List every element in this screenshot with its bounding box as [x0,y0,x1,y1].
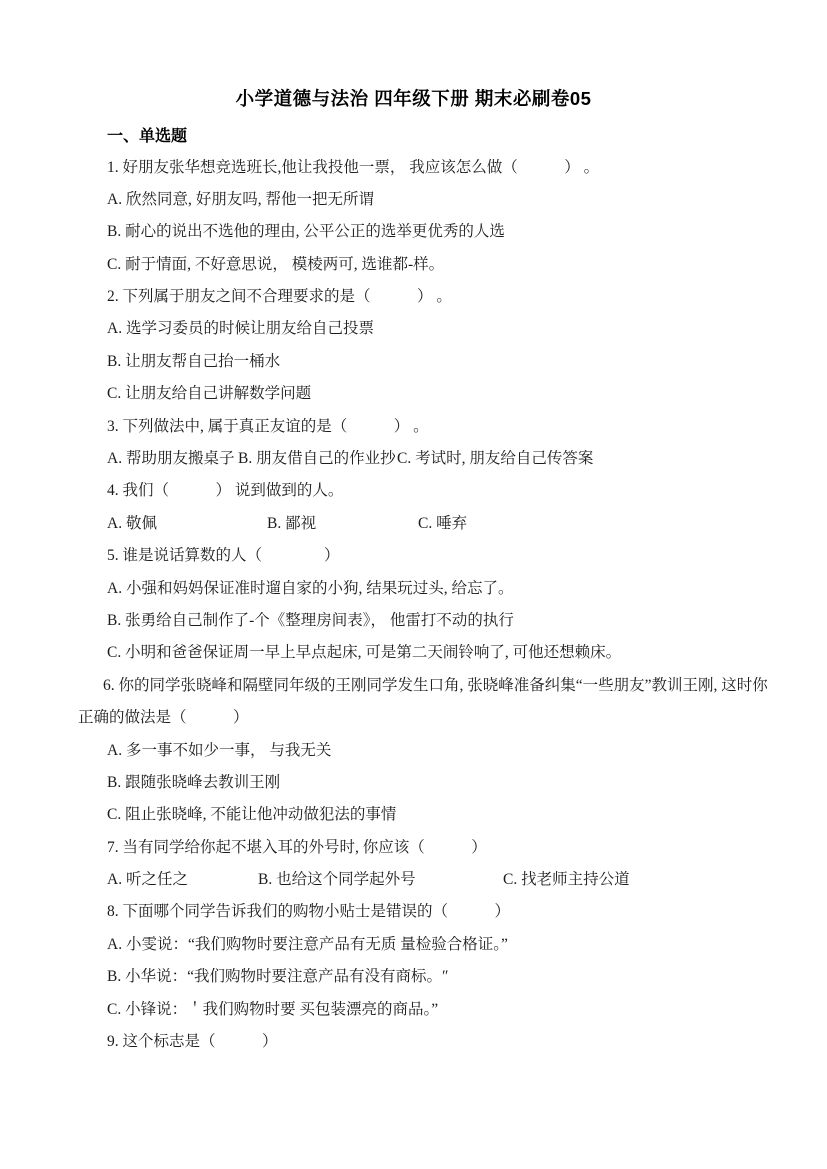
question-6-text-line-1: 6. 你的同学张晓峰和隔壁同年级的王刚同学发生口角, 张晓峰准备纠集“一些朋友”… [0,670,827,702]
question-7-option-b: B. 也给这个同学起外号 [258,864,416,896]
page-title: 小学道德与法治 四年级下册 期末必刷卷05 [0,88,827,110]
question-6-text-line-2: 正确的做法是（ ） [0,702,827,734]
question-4-option-row: A. 敬佩 B. 鄙视 C. 唾弃 [0,508,827,540]
question-2-option-b: B. 让朋友帮自己抬一桶水 [0,346,827,378]
question-3-option-b: B. 朋友借自己的作业抄 [238,443,396,475]
question-2-option-c: C. 让朋友给自己讲解数学问题 [0,378,827,410]
question-8-text: 8. 下面哪个同学告诉我们的购物小贴士是错误的（ ） [0,896,827,928]
question-1-option-a: A. 欣然同意, 好朋友吗, 帮他一把无所谓 [0,184,827,216]
question-4-option-a: A. 敬佩 [107,508,157,540]
question-7-option-c: C. 找老师主持公道 [503,864,630,896]
section-heading: 一、单选题 [107,127,187,147]
question-9-text: 9. 这个标志是（ ） [0,1026,827,1058]
question-3-text: 3. 下列做法中, 属于真正友谊的是（ ） 。 [0,411,827,443]
question-4-option-c: C. 唾弃 [418,508,467,540]
question-5-option-a: A. 小强和妈妈保证准时遛自家的小狗, 结果玩过头, 给忘了。 [0,573,827,605]
question-6-option-a: A. 多一事不如少一事， 与我无关 [0,735,827,767]
question-3-option-row: A. 帮助朋友搬桌子 B. 朋友借自己的作业抄 C. 考试时, 朋友给自己传答案 [0,443,827,475]
question-8-option-a: A. 小雯说：“我们购物时要注意产品有无质 量检验合格证。” [0,929,827,961]
question-list: 1. 好朋友张华想竞选班长,他让我投他一票， 我应该怎么做（ ） 。 A. 欣然… [0,152,827,1059]
question-1-text: 1. 好朋友张华想竞选班长,他让我投他一票， 我应该怎么做（ ） 。 [0,152,827,184]
question-7-text: 7. 当有同学给你起不堪入耳的外号时, 你应该（ ） [0,832,827,864]
question-7-option-row: A. 听之任之 B. 也给这个同学起外号 C. 找老师主持公道 [0,864,827,896]
question-8-option-b: B. 小华说：“我们购物时要注意产品有没有商标。″ [0,961,827,993]
question-7-option-a: A. 听之任之 [107,864,188,896]
question-1-option-c: C. 耐于情面, 不好意思说， 模棱两可, 选谁都-样。 [0,249,827,281]
question-6-option-b: B. 跟随张晓峰去教训王刚 [0,767,827,799]
question-4-text: 4. 我们（ ） 说到做到的人。 [0,475,827,507]
question-3-option-a: A. 帮助朋友搬桌子 [107,443,234,475]
question-6-option-c: C. 阻止张晓峰, 不能让他冲动做犯法的事情 [0,799,827,831]
question-5-option-c: C. 小明和爸爸保证周一早上早点起床, 可是第二天闹铃响了, 可他还想赖床。 [0,637,827,669]
question-8-option-c: C. 小锋说：＇我们购物时要 买包装漂亮的商品。” [0,994,827,1026]
document-page: 小学道德与法治 四年级下册 期末必刷卷05 一、单选题 1. 好朋友张华想竞选班… [0,0,827,1169]
question-5-option-b: B. 张勇给自己制作了-个《整理房间表》， 他雷打不动的执行 [0,605,827,637]
question-2-option-a: A. 选学习委员的时候让朋友给自己投票 [0,313,827,345]
question-3-option-c: C. 考试时, 朋友给自己传答案 [397,443,593,475]
question-1-option-b: B. 耐心的说出不选他的理由, 公平公正的选举更优秀的人选 [0,216,827,248]
question-2-text: 2. 下列属于朋友之间不合理要求的是（ ） 。 [0,281,827,313]
question-5-text: 5. 谁是说话算数的人（ ） [0,540,827,572]
question-4-option-b: B. 鄙视 [267,508,316,540]
